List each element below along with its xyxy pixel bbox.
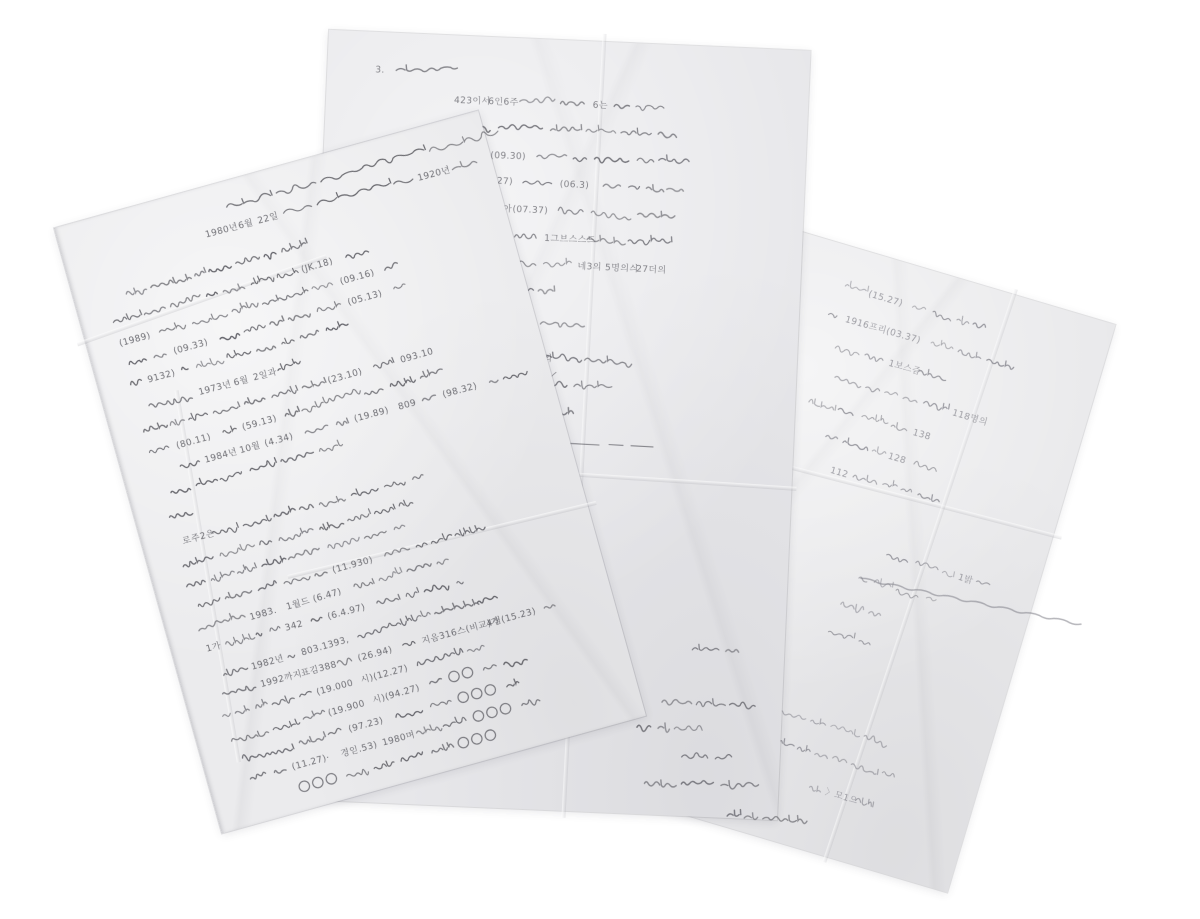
svg-text:로주2은: 로주2은 xyxy=(181,528,216,547)
svg-text:1973년: 1973년 xyxy=(197,378,233,398)
svg-text:6월: 6월 xyxy=(237,216,255,232)
svg-text:1밝: 1밝 xyxy=(957,571,975,587)
svg-text:5명의싀: 5명의싀 xyxy=(605,261,639,275)
handwriting-line xyxy=(642,773,765,804)
svg-text:1가: 1가 xyxy=(205,639,223,655)
svg-text:경읻.53): 경읻.53) xyxy=(339,738,378,759)
svg-text:6인6주: 6인6주 xyxy=(488,95,519,108)
svg-text:6월: 6월 xyxy=(232,373,250,389)
svg-text:1그브스스드: 1그브스스드 xyxy=(544,233,596,246)
svg-text:093.10: 093.10 xyxy=(399,347,434,366)
handwriting-line xyxy=(724,807,763,836)
svg-text:9132): 9132) xyxy=(147,368,177,385)
svg-text:809: 809 xyxy=(397,398,417,413)
svg-text:(06.3): (06.3) xyxy=(560,180,590,191)
svg-text:1980년: 1980년 xyxy=(204,220,240,240)
svg-text:네3의: 네3의 xyxy=(577,260,602,273)
svg-text:(19.000: (19.000 xyxy=(315,678,354,697)
svg-text:(11.27)·: (11.27)· xyxy=(291,753,331,773)
svg-text:(26.94): (26.94) xyxy=(357,645,394,664)
svg-text:(4.34): (4.34) xyxy=(264,432,295,449)
svg-text:1984년: 1984년 xyxy=(203,445,239,465)
svg-text:(07.37): (07.37) xyxy=(512,205,548,217)
svg-text:423이서: 423이서 xyxy=(454,94,491,107)
svg-text:1980며: 1980며 xyxy=(381,728,417,748)
handwriting-line xyxy=(634,718,767,751)
svg-text:22일: 22일 xyxy=(256,209,280,226)
svg-text:(JK.18): (JK.18) xyxy=(300,257,334,276)
svg-text:〉모1으: 〉모1으 xyxy=(824,787,859,807)
svg-text:138: 138 xyxy=(911,428,931,443)
svg-text:1월드: 1월드 xyxy=(285,594,312,612)
handwriting-line xyxy=(690,641,771,671)
photo-of-documents: (15.27)1916프리(03.37)1보스즘118명의1381281121밝… xyxy=(0,0,1200,919)
svg-text:2일과: 2일과 xyxy=(252,366,279,384)
svg-text:10월: 10월 xyxy=(238,439,262,456)
svg-text:27더의: 27더의 xyxy=(636,263,667,276)
svg-text:(03.37): (03.37) xyxy=(885,327,922,346)
svg-text:1보스즘: 1보스즘 xyxy=(887,358,922,378)
svg-text:128: 128 xyxy=(887,452,907,467)
svg-text:3.: 3. xyxy=(375,65,385,75)
svg-text:6는: 6는 xyxy=(593,100,609,112)
handwriting-line xyxy=(679,747,766,778)
svg-text:342: 342 xyxy=(284,619,304,633)
svg-text:(09.30): (09.30) xyxy=(490,151,526,162)
svg-text:112: 112 xyxy=(829,466,849,481)
svg-text:(6.4.97): (6.4.97) xyxy=(327,603,367,623)
svg-text:(1989): (1989) xyxy=(118,331,152,349)
svg-text:1920년: 1920년 xyxy=(416,163,452,183)
svg-text:표김388: 표김388 xyxy=(300,658,338,679)
svg-text:(15.27): (15.27) xyxy=(867,289,904,309)
svg-text:(05.13): (05.13) xyxy=(347,289,384,308)
